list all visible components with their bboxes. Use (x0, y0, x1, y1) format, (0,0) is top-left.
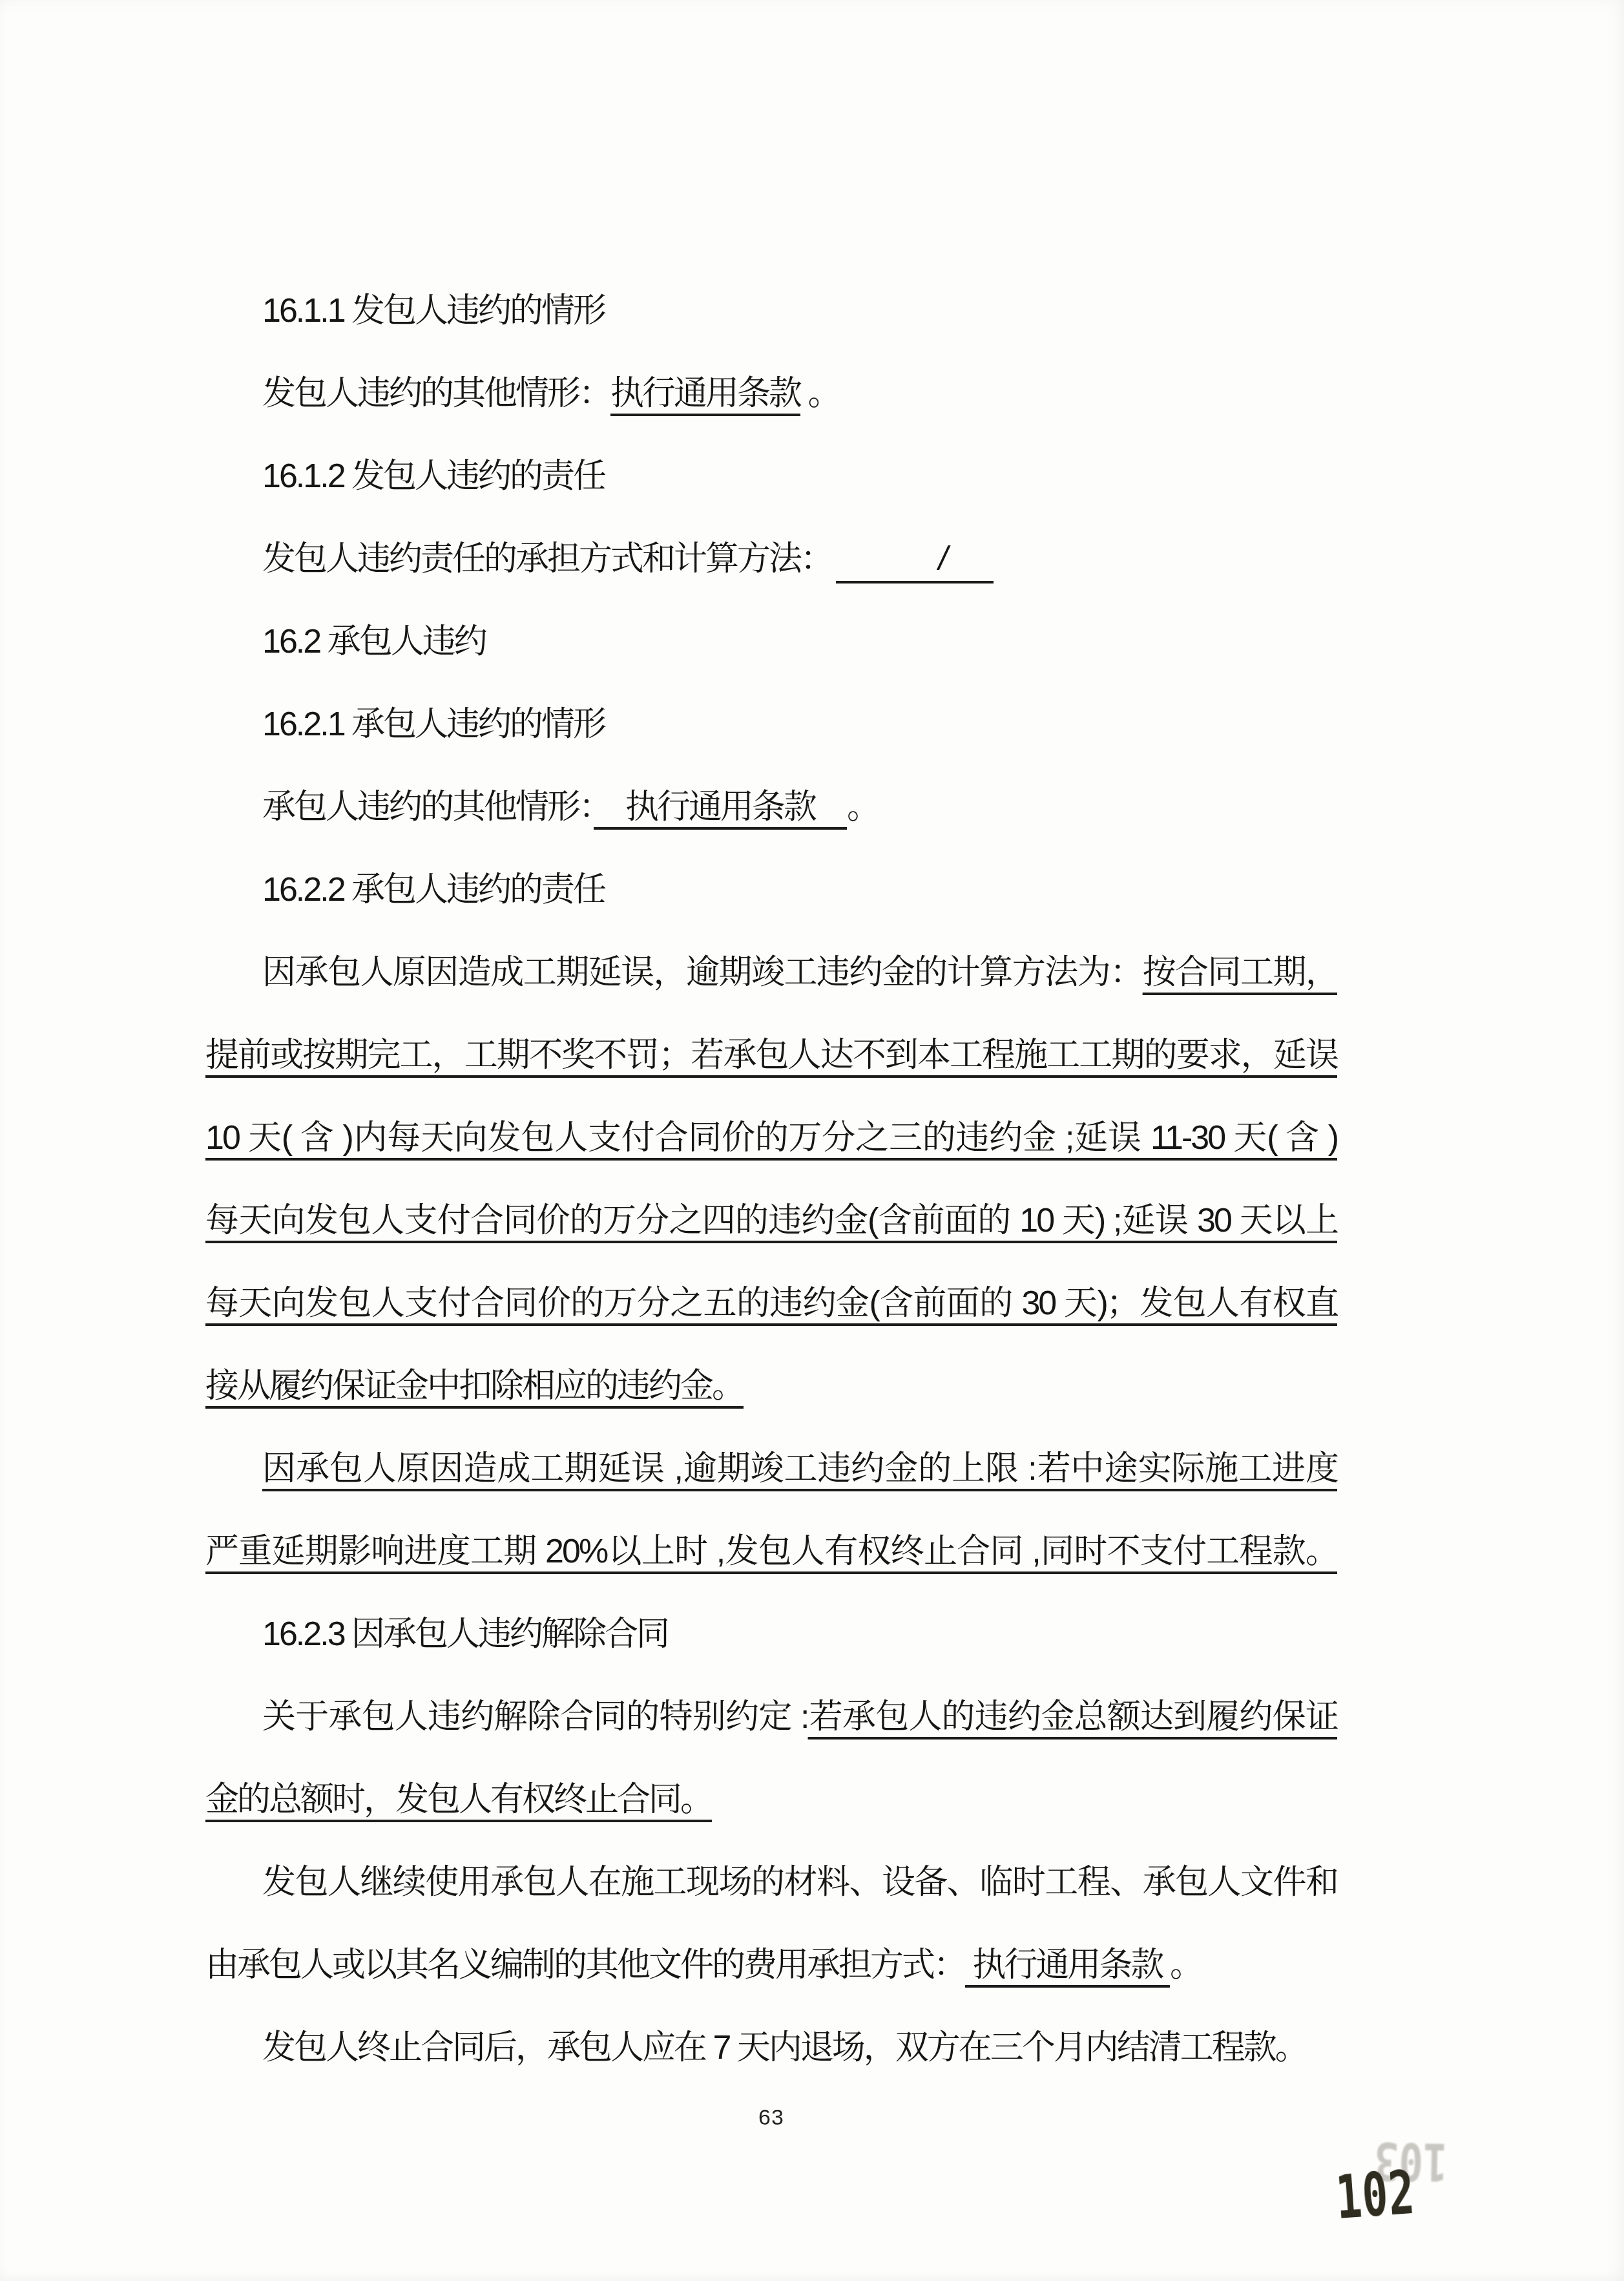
filled-entry-underlined: 按合同工期， (1143, 954, 1337, 991)
clause-text: 发包人终止合同后，承包人应在 7 天内退场，双方在三个月内结清工程款。 (262, 2029, 1307, 2066)
blank-fill-in: / (836, 542, 994, 583)
clause-text: 16.1.2 发包人违约的责任 (262, 457, 605, 495)
clause-text: 16.2 承包人违约 (262, 623, 486, 660)
clause-16-1-2-heading: 16.1.2 发包人违约的责任 (205, 457, 1337, 495)
filled-entry-underlined: 执行通用条款 (965, 1946, 1170, 1984)
continued-use-cost-line-1: 发包人继续使用承包人在施工现场的材料、设备、临时工程、承包人文件和 (205, 1864, 1337, 1901)
clause-16-2-heading: 16.2 承包人违约 (205, 623, 1337, 660)
filled-entry-underlined: 10 天( 含 )内每天向发包人支付合同价的万分之三的违约金 ;延误 11-30… (205, 1119, 1337, 1157)
filled-entry-underlined: 每天向发包人支付合同价的万分之五的违约金(含前面的 30 天)；发包人有权直 (205, 1285, 1337, 1322)
contractor-delay-penalty-line-3: 10 天( 含 )内每天向发包人支付合同价的万分之三的违约金 ;延误 11-30… (205, 1119, 1337, 1157)
clause-text: 16.2.2 承包人违约的责任 (262, 871, 605, 909)
clause-text: 。 (847, 788, 879, 826)
clause-text: 16.2.1 承包人违约的情形 (262, 706, 605, 743)
filled-entry-underlined: 严重延期影响进度工期 20%以上时 ,发包人有权终止合同 ,同时不支付工程款。 (205, 1533, 1337, 1570)
clause-text: 发包人违约责任的承担方式和计算方法： (262, 540, 832, 578)
owner-breach-liability-method: 发包人违约责任的承担方式和计算方法：/ (205, 540, 1337, 583)
clause-text: 由承包人或以其名义编制的其他文件的费用承担方式： (205, 1946, 965, 1984)
clause-16-1-1-heading: 16.1.1 发包人违约的情形 (205, 292, 1337, 330)
contractor-delay-penalty-line-1: 因承包人原因造成工期延误，逾期竣工违约金的计算方法为：按合同工期， (205, 954, 1337, 991)
clause-text: 16.2.3 因承包人违约解除合同 (262, 1615, 668, 1653)
clause-16-2-1-heading: 16.2.1 承包人违约的情形 (205, 706, 1337, 743)
contractor-delay-penalty-line-4: 每天向发包人支付合同价的万分之四的违约金(含前面的 10 天) ;延误 30 天… (205, 1202, 1337, 1239)
clause-text: 承包人违约的其他情形： (262, 788, 594, 826)
clause-text: 发包人违约的其他情形： (262, 375, 610, 412)
filled-entry-underlined: 接从履约保证金中扣除相应的违约金。 (205, 1367, 744, 1405)
contractor-delay-penalty-line-5: 每天向发包人支付合同价的万分之五的违约金(含前面的 30 天)；发包人有权直 (205, 1285, 1337, 1322)
clause-text: 。 (1170, 1946, 1202, 1984)
continued-use-cost-line-2: 由承包人或以其名义编制的其他文件的费用承担方式： 执行通用条款 。 (205, 1946, 1337, 1984)
filled-entry-underlined: 执行通用条款 (594, 788, 847, 826)
blank-fill-in-value: / (939, 540, 948, 578)
clause-text: 因承包人原因造成工期延误，逾期竣工违约金的计算方法为： (262, 954, 1143, 991)
scanned-contract-page: 16.1.1 发包人违约的情形发包人违约的其他情形：执行通用条款 。16.1.2… (0, 0, 1624, 2281)
filled-entry-underlined: 提前或按期完工，工期不奖不罚；若承包人达不到本工程施工工期的要求，延误 (205, 1036, 1337, 1074)
termination-special-agreement-line-1: 关于承包人违约解除合同的特别约定 :若承包人的违约金总额达到履约保证 (205, 1698, 1337, 1736)
clause-text: 关于承包人违约解除合同的特别约定 : (262, 1698, 808, 1736)
owner-breach-other-situations: 发包人违约的其他情形：执行通用条款 。 (205, 375, 1337, 412)
penalty-cap-line-1: 因承包人原因造成工期延误 ,逾期竣工违约金的上限 :若中途实际施工进度 (205, 1450, 1337, 1487)
stamp-page-number: 102 (1334, 2158, 1417, 2233)
filled-entry-underlined: 金的总额时，发包人有权终止合同。 (205, 1781, 712, 1818)
filled-entry-underlined: 若承包人的违约金总额达到履约保证 (808, 1698, 1337, 1736)
clause-text: 16.1.1 发包人违约的情形 (262, 292, 605, 330)
clause-text: 。 (800, 375, 839, 412)
penalty-cap-line-2: 严重延期影响进度工期 20%以上时 ,发包人有权终止合同 ,同时不支付工程款。 (205, 1533, 1337, 1570)
contract-text-block: 16.1.1 发包人违约的情形发包人违约的其他情形：执行通用条款 。16.1.2… (0, 0, 1624, 2281)
contractor-delay-penalty-line-6: 接从履约保证金中扣除相应的违约金。 (205, 1367, 1337, 1405)
termination-special-agreement-line-2: 金的总额时，发包人有权终止合同。 (205, 1781, 1337, 1818)
clause-16-2-3-heading: 16.2.3 因承包人违约解除合同 (205, 1615, 1337, 1653)
page-number: 63 (205, 2105, 1337, 2130)
filled-entry-underlined: 每天向发包人支付合同价的万分之四的违约金(含前面的 10 天) ;延误 30 天… (205, 1202, 1337, 1239)
post-termination-exit-line: 发包人终止合同后，承包人应在 7 天内退场，双方在三个月内结清工程款。 (205, 2029, 1337, 2066)
contractor-breach-other-situations: 承包人违约的其他情形： 执行通用条款 。 (205, 788, 1337, 826)
clause-16-2-2-heading: 16.2.2 承包人违约的责任 (205, 871, 1337, 909)
filled-entry-underlined: 执行通用条款 (610, 375, 800, 412)
clause-text: 发包人继续使用承包人在施工现场的材料、设备、临时工程、承包人文件和 (262, 1864, 1337, 1901)
contractor-delay-penalty-line-2: 提前或按期完工，工期不奖不罚；若承包人达不到本工程施工工期的要求，延误 (205, 1036, 1337, 1074)
filled-entry-underlined: 因承包人原因造成工期延误 ,逾期竣工违约金的上限 :若中途实际施工进度 (262, 1450, 1337, 1487)
